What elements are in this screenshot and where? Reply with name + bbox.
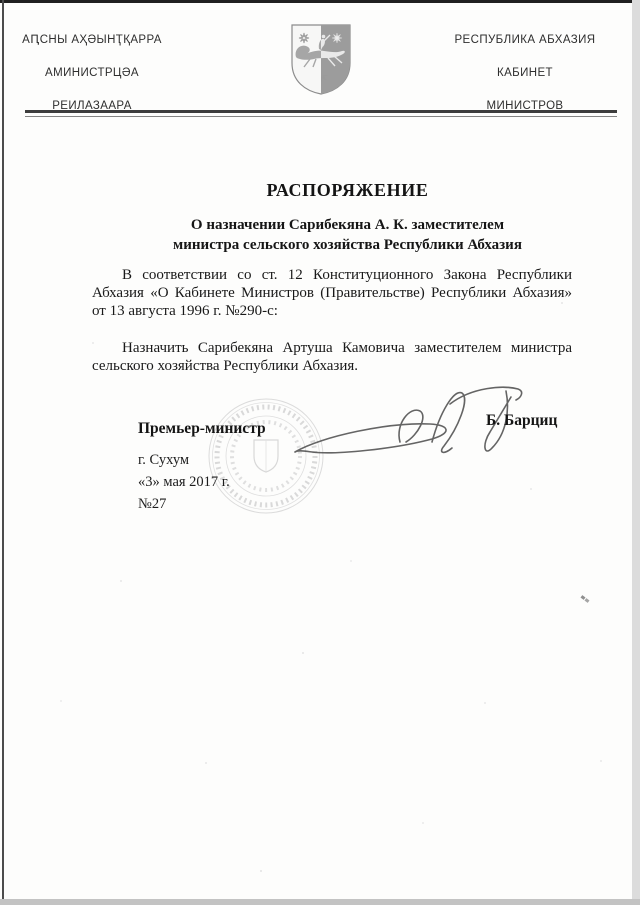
scan-speck-artifact bbox=[581, 595, 591, 604]
letterhead-abkhazian-line3: РЕИЛАЗААРА bbox=[17, 90, 167, 123]
scan-edge-bottom bbox=[0, 899, 640, 905]
place-line: г. Сухум bbox=[138, 449, 230, 471]
letterhead-russian-line3: МИНИСТРОВ bbox=[450, 90, 600, 123]
document-meta: г. Сухум «3» мая 2017 г. №27 bbox=[138, 449, 230, 515]
star-top-right bbox=[332, 33, 342, 43]
scan-edge-right bbox=[632, 0, 640, 905]
letterhead-divider-rule bbox=[25, 110, 617, 117]
number-line: №27 bbox=[138, 493, 230, 515]
document-subject-line1: О назначении Сарибекяна А. К. заместител… bbox=[55, 215, 640, 235]
letterhead-abkhazian-line2: АМИНИСТРЦӘА bbox=[17, 57, 167, 90]
document-body: В соответствии со ст. 12 Конституционног… bbox=[92, 266, 572, 375]
signatory-name: Б. Барциц bbox=[486, 412, 557, 430]
coat-of-arms-icon bbox=[290, 23, 352, 97]
letterhead-russian-line2: КАБИНЕТ bbox=[450, 57, 600, 90]
scanned-decree-page: АԤСНЫ АҲӘЫНҬҚАРРА АМИНИСТРЦӘА РЕИЛАЗААРА… bbox=[0, 0, 640, 905]
letterhead-russian: РЕСПУБЛИКА АБХАЗИЯ КАБИНЕТ МИНИСТРОВ bbox=[450, 24, 600, 123]
document-title: РАСПОРЯЖЕНИЕ bbox=[55, 180, 640, 201]
document-subject-line2: министра сельского хозяйства Республики … bbox=[55, 235, 640, 255]
letterhead-russian-line1: РЕСПУБЛИКА АБХАЗИЯ bbox=[450, 24, 600, 57]
scan-edge-top bbox=[0, 0, 632, 3]
document-subject: О назначении Сарибекяна А. К. заместител… bbox=[55, 215, 640, 255]
letterhead-abkhazian: АԤСНЫ АҲӘЫНҬҚАРРА АМИНИСТРЦӘА РЕИЛАЗААРА bbox=[17, 24, 167, 123]
scan-noise-dots bbox=[0, 0, 2, 2]
body-paragraph-appointment: Назначить Сарибекяна Артуша Камовича зам… bbox=[92, 339, 572, 375]
signatory-post: Премьер-министр bbox=[138, 420, 266, 438]
letterhead-abkhazian-line1: АԤСНЫ АҲӘЫНҬҚАРРА bbox=[17, 24, 167, 57]
date-line: «3» мая 2017 г. bbox=[138, 471, 230, 493]
body-paragraph-legal-basis: В соответствии со ст. 12 Конституционног… bbox=[92, 266, 572, 321]
scan-edge-left bbox=[2, 0, 4, 899]
